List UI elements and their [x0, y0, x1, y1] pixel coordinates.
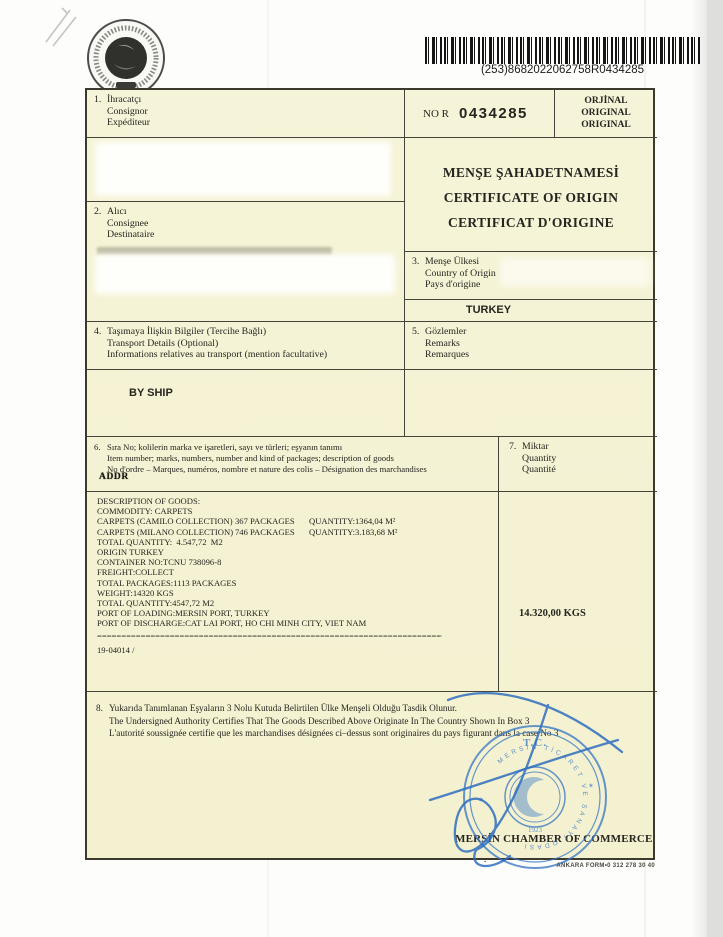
scanned-certificate-of-origin: (253)8682022062758R0434285 1. İhracatçı … [0, 0, 723, 937]
box1-label-fr: Expéditeur [107, 117, 150, 129]
box4-transport-details: 4. Taşımaya İlişkin Bilgiler (Tercihe Ba… [87, 322, 405, 370]
redacted-consignee [95, 254, 395, 294]
goods-item-quantity: QUANTITY:3.183,68 M² [309, 527, 397, 537]
goods-line: COMMODITY: CARPETS [97, 506, 498, 516]
goods-line: WEIGHT:14320 KGS [97, 588, 498, 598]
box5-label-fr: Remarques [425, 349, 469, 361]
box2-number: 2. [94, 206, 107, 241]
box6-label-fr: No d'ordre – Marques, numéros, nombre et… [107, 464, 427, 475]
box4-label-en: Transport Details (Optional) [107, 338, 327, 350]
goods-line: TOTAL QUANTITY:4547,72 M2 [97, 598, 498, 608]
copy-type-fr: ORIGINAL [555, 119, 657, 131]
goods-line: ORIGIN TURKEY [97, 547, 498, 557]
copy-type-tr: ORJİNAL [555, 95, 657, 107]
issue-date: 09.07.2019 [545, 861, 589, 862]
goods-line: TOTAL QUANTITY: 4.547,72 M2 [97, 537, 498, 547]
box3-country-of-origin: 3. Menşe Ülkesi Country of Origin Pays d… [405, 252, 657, 300]
box2-label-fr: Destinataire [107, 229, 154, 241]
box3-number: 3. [412, 256, 425, 291]
goods-item-name: CARPETS (MILANO COLLECTION) [97, 527, 235, 537]
box6-label-tr: Sıra No; kolilerin marka ve işaretleri, … [107, 442, 427, 453]
title-en: CERTIFICATE OF ORIGIN [405, 185, 657, 210]
form-printer-credit: ANKARA FORM•0 312 278 30 40 [455, 863, 655, 869]
goods-reference-number: 19-04014 / [97, 645, 498, 655]
country-of-origin-value: TURKEY [405, 300, 657, 316]
title-fr: CERTIFICAT D'ORIGINE [405, 210, 657, 235]
box7-number: 7. [509, 441, 522, 476]
certificate-form: 1. İhracatçı Consignor Expéditeur NO R04… [85, 88, 655, 860]
box2-label-en: Consignee [107, 218, 154, 230]
box8-number: 8. [96, 702, 109, 740]
overstamped-addr-text: ADDR [99, 472, 129, 482]
transport-mode-value: BY SHIP [87, 370, 404, 399]
box7-label-tr: Miktar [522, 441, 556, 453]
box1-consignor: 1. İhracatçı Consignor Expéditeur [87, 90, 405, 138]
goods-line: CONTAINER NO:TCNU 738096-8 [97, 557, 498, 567]
serial-value: 0434285 [459, 105, 528, 122]
box2-consignee: 2. Alıcı Consignee Destinataire [87, 202, 405, 322]
goods-separator: ========================================… [97, 631, 442, 641]
goods-line-camilo: CARPETS (CAMILO COLLECTION)367 PACKAGESQ… [97, 516, 498, 526]
box1-number: 1. [94, 94, 107, 129]
goods-line: TOTAL PACKAGES:1113 PACKAGES [97, 578, 498, 588]
barcode [425, 37, 700, 64]
page-edge-shadow [690, 0, 707, 937]
box6-goods-description-header: 6. Sıra No; kolilerin marka ve işaretler… [87, 437, 499, 492]
goods-line: PORT OF DISCHARGE:CAT LAI PORT, HO CHI M… [97, 618, 498, 628]
box7-label-fr: Quantité [522, 464, 556, 476]
remarks-content [405, 370, 657, 437]
title-tr: MENŞE ŞAHADETNAMESİ [405, 160, 657, 185]
box7-quantity-header: 7. Miktar Quantity Quantité [499, 437, 657, 492]
box5-label-en: Remarks [425, 338, 469, 350]
box8-certification: 8. Yukarıda Tanımlanan Eşyaların 3 Nolu … [87, 692, 657, 862]
box1-label-en: Consignor [107, 106, 150, 118]
total-weight-value: 14.320,00 KGS [499, 492, 657, 619]
box4-label-tr: Taşımaya İlişkin Bilgiler (Tercihe Bağlı… [107, 326, 327, 338]
certification-text-en: The Undersigned Authority Certifies That… [109, 715, 558, 728]
box6-label-en: Item number; marks, numbers, number and … [107, 453, 427, 464]
box1-label-tr: İhracatçı [107, 94, 150, 106]
box6-number: 6. [94, 442, 107, 475]
serial-label: NO R [423, 108, 449, 120]
scan-background-strip [707, 0, 723, 937]
barcode-number: (253)8682022062758R0434285 [425, 64, 700, 76]
goods-item-packages: 746 PACKAGES [235, 527, 309, 537]
transport-details-content: BY SHIP [87, 370, 405, 437]
consignor-content [87, 138, 405, 202]
copy-type-box: ORJİNAL ORIGINAL ORIGINAL [555, 90, 657, 138]
serial-number-box: NO R0434285 [405, 90, 555, 138]
box4-number: 4. [94, 326, 107, 361]
box5-number: 5. [412, 326, 425, 361]
quantity-content: 14.320,00 KGS [499, 492, 657, 692]
scan-smear [500, 258, 650, 286]
box3-label-en: Country of Origin [425, 268, 496, 280]
issue-place: MERSİN [455, 861, 543, 862]
copy-type-en: ORIGINAL [555, 107, 657, 119]
box3-label-fr: Pays d'origine [425, 279, 496, 291]
goods-line: FREIGHT:COLLECT [97, 567, 498, 577]
box5-remarks: 5. Gözlemler Remarks Remarques [405, 322, 657, 370]
pencil-mark [40, 0, 100, 50]
goods-item-name: CARPETS (CAMILO COLLECTION) [97, 516, 235, 526]
box3-label-tr: Menşe Ülkesi [425, 256, 496, 268]
box2-label-tr: Alıcı [107, 206, 154, 218]
redacted-consignor [95, 142, 391, 196]
certification-text-tr: Yukarıda Tanımlanan Eşyaların 3 Nolu Kut… [109, 702, 558, 715]
goods-line: DESCRIPTION OF GOODS: [97, 496, 498, 506]
issuing-authority: MERSİN CHAMBER OF COMMERCE [455, 833, 653, 845]
certification-text-fr: L'autorité soussignée certifie que les m… [109, 727, 558, 740]
goods-item-packages: 367 PACKAGES [235, 516, 309, 526]
box4-label-fr: Informations relatives au transport (men… [107, 349, 327, 361]
goods-line-milano: CARPETS (MILANO COLLECTION)746 PACKAGESQ… [97, 527, 498, 537]
goods-item-quantity: QUANTITY:1364,04 M² [309, 516, 395, 526]
box7-label-en: Quantity [522, 453, 556, 465]
goods-line: PORT OF LOADING:MERSIN PORT, TURKEY [97, 608, 498, 618]
box5-label-tr: Gözlemler [425, 326, 469, 338]
box3-country-value-row: TURKEY [405, 300, 657, 322]
certificate-title-box: MENŞE ŞAHADETNAMESİ CERTIFICATE OF ORIGI… [405, 138, 657, 252]
goods-description-content: DESCRIPTION OF GOODS: COMMODITY: CARPETS… [87, 492, 499, 692]
